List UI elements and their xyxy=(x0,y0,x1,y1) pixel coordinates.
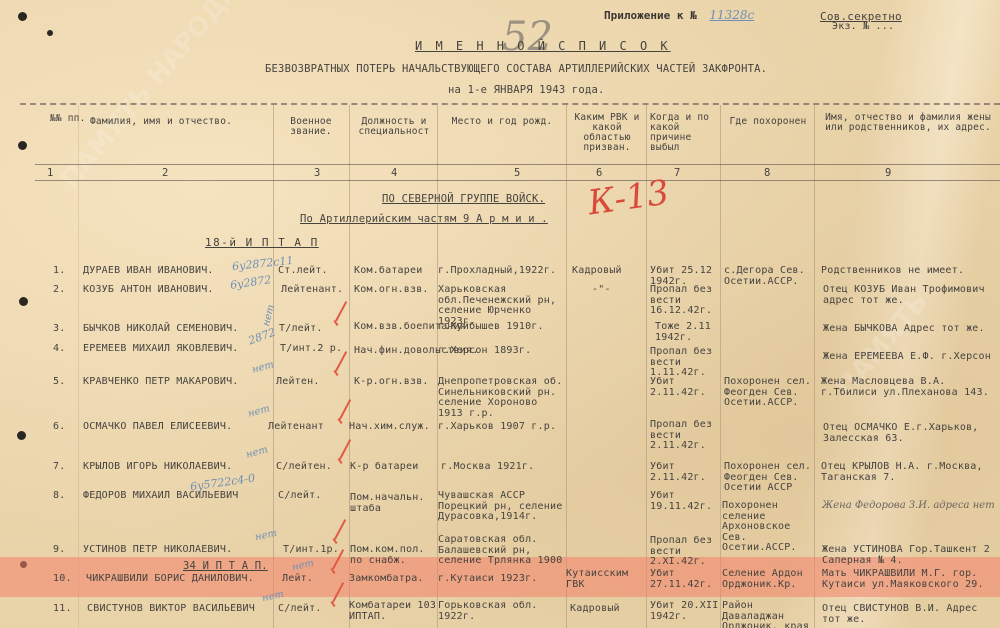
military-rank: С/лейт. xyxy=(278,604,322,615)
copy-number-label: Экз. № ... xyxy=(832,21,894,32)
burial-place: с.Дегора Сев. Осетии.АССР. xyxy=(724,266,814,287)
relatives: Жена ЕРЕМЕЕВА Е.Ф. г.Херсон xyxy=(823,352,991,363)
position: Пом.начальн. штаба xyxy=(350,493,438,514)
col-number: 6 xyxy=(596,167,603,179)
relatives: Мать ЧИКРАШВИЛИ М.Г. гор. Кутаиси ул.Мая… xyxy=(822,569,1000,590)
position: Пом.ком.пол. по снабж. xyxy=(350,545,438,566)
red-check-mark xyxy=(330,593,344,615)
col-header-number: №№ пп. xyxy=(50,114,76,124)
person-name: УСТИНОВ ПЕТР НИКОЛАЕВИЧ. xyxy=(83,545,232,556)
col-number: 2 xyxy=(162,167,169,179)
stamp-prefix: Приложение к № xyxy=(604,9,697,22)
loss-reason: Тоже 2.11 1942г. xyxy=(655,322,719,343)
conscription-office: Кутаисским ГВК xyxy=(566,569,644,590)
handwritten-note: нет xyxy=(251,359,275,375)
position: Ком.батареи xyxy=(354,266,422,277)
military-rank: С/лейт. xyxy=(278,491,322,502)
conscription-office: -"- xyxy=(592,285,611,296)
row-number: 3. xyxy=(53,324,65,335)
person-name: КРЫЛОВ ИГОРЬ НИКОЛАЕВИЧ. xyxy=(83,462,232,473)
burial-place: Похоронен сел. Феогден Сев. Осетии АССР xyxy=(724,462,816,494)
row-number: 9. xyxy=(53,545,65,556)
column-divider xyxy=(78,105,79,628)
military-rank: Лейт. xyxy=(282,574,313,585)
red-check-mark xyxy=(333,312,347,334)
red-check-mark xyxy=(333,362,347,384)
watermark: ПАМЯТЬ НАРОДА xyxy=(55,0,246,194)
burial-place: Похоронен селение Архоновское Сев. Осети… xyxy=(722,501,816,554)
attachment-stamp: Приложение к № 11328с xyxy=(604,8,754,22)
document-date: на 1-е ЯНВАРЯ 1943 года. xyxy=(448,84,605,96)
person-name: КОЗУБ АНТОН ИВАНОВИЧ. xyxy=(83,285,214,296)
birthplace: Саратовская обл. Балашевский рн, селение… xyxy=(438,535,566,567)
row-number: 10. xyxy=(53,574,72,585)
relatives: Отец КОЗУБ Иван Трофимович адрес тот же. xyxy=(823,285,999,306)
loss-reason: Пропал без вести 2.11.42г. xyxy=(650,420,718,452)
col-header-position: Должность и специальност xyxy=(352,117,436,137)
loss-reason: Убит 27.11.42г. xyxy=(650,569,718,590)
loss-reason: Пропал без вести 16.12.42г. xyxy=(650,285,718,317)
relatives: Отец СВИСТУНОВ В.И. Адрес тот же. xyxy=(822,604,1000,625)
document-subtitle: БЕЗВОЗВРАТНЫХ ПОТЕРЬ НАЧАЛЬСТВУЮЩЕГО СОС… xyxy=(265,63,767,75)
birthplace: г.Херсон 1893г. xyxy=(438,346,531,357)
position: Нач.фин.довольствия. xyxy=(354,346,439,357)
army-heading: По Артиллерийским частям 9 А р м и и . xyxy=(300,213,548,225)
header-rule xyxy=(35,180,1000,181)
military-rank: Лейтенант. xyxy=(281,285,343,296)
birthplace: г.Куйбышев 1910г. xyxy=(438,322,544,333)
handwritten-note: нет xyxy=(245,444,269,460)
position: Ком.взв.боепитания xyxy=(354,322,439,333)
red-check-mark xyxy=(337,450,351,472)
position: Комбатареи 103 ИПТАП. xyxy=(349,601,437,622)
loss-reason: Пропал без вести 1.11.42г. xyxy=(650,347,718,379)
position: К-р батареи xyxy=(350,462,418,473)
person-name: КРАВЧЕНКО ПЕТР МАКАРОВИЧ. xyxy=(83,377,239,388)
punch-hole xyxy=(17,431,26,440)
person-name: БЫЧКОВ НИКОЛАЙ СЕМЕНОВИЧ. xyxy=(83,324,239,335)
red-check-mark xyxy=(332,530,346,552)
col-number: 1 xyxy=(47,167,54,179)
position: Нач.хим.служ. xyxy=(349,422,430,433)
col-number: 4 xyxy=(391,167,398,179)
col-number: 7 xyxy=(674,167,681,179)
position: Ком.огн.взв. xyxy=(354,285,429,296)
column-divider xyxy=(566,105,567,628)
military-rank: Ст.лейт. xyxy=(278,266,328,277)
column-divider xyxy=(720,105,721,628)
unit-heading-34-iptap: 34 И П Т А П. xyxy=(183,560,268,572)
handwritten-note: нет xyxy=(254,528,278,543)
person-name: ДУРАЕВ ИВАН ИВАНОВИЧ. xyxy=(83,266,214,277)
person-name: ФЕДОРОВ МИХАИЛ ВАСИЛЬЕВИЧ xyxy=(83,491,239,502)
col-number: 5 xyxy=(514,167,521,179)
row-number: 1. xyxy=(53,266,65,277)
relatives: Родственников не имеет. xyxy=(821,266,964,277)
birthplace: г.Прохладный,1922г. xyxy=(438,266,556,277)
conscription-office: Кадровый xyxy=(572,266,622,277)
person-name: ОСМАЧКО ПАВЕЛ ЕЛИСЕЕВИЧ. xyxy=(83,422,232,433)
handwritten-note: нет xyxy=(261,303,277,327)
col-header-name: Фамилия, имя и отчество. xyxy=(90,117,265,127)
relatives: Жена Федорова З.И. адреса нет xyxy=(822,500,995,511)
relatives: Жена БЫЧКОВА Адрес тот же. xyxy=(823,324,985,335)
unit-heading-18-iptap: 18-й И П Т А П xyxy=(205,236,319,249)
row-number: 6. xyxy=(53,422,65,433)
birthplace: Днепропетровская об. Синельниковский рн.… xyxy=(438,377,563,419)
person-name: ЧИКРАШВИЛИ БОРИС ДАНИЛОВИЧ. xyxy=(86,574,254,585)
punch-hole xyxy=(18,141,27,150)
burial-place: Район Даваладжан Орджоник. края xyxy=(722,601,818,628)
loss-reason: Убит 20.XII 1942г. xyxy=(650,601,722,622)
relatives: Жена УСТИНОВА Гор.Ташкент 2 Саперная № 4… xyxy=(822,545,1000,566)
burial-place: Селение Ардон Орджоник.Кр. xyxy=(722,569,816,590)
archive-document-page: ПАМЯТЬ НАРОДА ПАМЯТЬ Приложение к № 1132… xyxy=(0,0,1000,628)
punch-hole xyxy=(18,12,27,21)
relatives: Отец ОСМАЧКО Е.г.Харьков, Залесская 63. xyxy=(823,423,999,444)
handwritten-note: 6у2872 xyxy=(229,273,272,292)
punch-hole xyxy=(19,297,28,306)
col-number: 9 xyxy=(885,167,892,179)
col-header-burial: Где похоронен xyxy=(724,117,812,127)
col-header-relatives: Имя, отчество и фамилия жены или родстве… xyxy=(820,113,996,133)
military-rank: Т/инт.1р. xyxy=(283,545,339,556)
punch-hole xyxy=(47,30,53,36)
conscription-office: Кадровый xyxy=(570,604,620,615)
person-name: ЕРЕМЕЕВ МИХАИЛ ЯКОВЛЕВИЧ. xyxy=(83,344,239,355)
red-check-mark xyxy=(330,560,344,582)
row-number: 7. xyxy=(53,462,65,473)
birthplace: Чувашская АССР Порецкий рн, селение Дура… xyxy=(438,491,566,523)
position: Замкомбатра. xyxy=(349,574,424,585)
military-rank: Лейтенант xyxy=(268,422,324,433)
col-number: 8 xyxy=(764,167,771,179)
header-rule xyxy=(35,164,1000,165)
birthplace: г.Харьков 1907 г.р. xyxy=(438,422,556,433)
row-number: 2. xyxy=(53,285,65,296)
row-number: 5. xyxy=(53,377,65,388)
row-number: 4. xyxy=(53,344,65,355)
col-header-rank: Военное звание. xyxy=(278,117,344,137)
birthplace: г.Кутаиси 1923г. xyxy=(438,574,538,585)
military-rank: Т/лейт. xyxy=(279,324,323,335)
page-number: 52 xyxy=(502,14,553,60)
row-number: 8. xyxy=(53,491,65,502)
loss-reason: Пропал без вести 2.XI.42г. xyxy=(650,536,718,568)
military-rank: Лейтен. xyxy=(276,377,320,388)
position: К-р.огн.взв. xyxy=(354,377,429,388)
stamp-number: 11328с xyxy=(709,8,754,22)
military-rank: С/лейтен. xyxy=(276,462,332,473)
document-title: И М Е Н Н О Й С П И С О К xyxy=(415,39,671,53)
group-heading: ПО СЕВЕРНОЙ ГРУППЕ ВОЙСК. xyxy=(382,193,545,205)
military-rank: Т/инт.2 р. xyxy=(280,344,342,355)
birthplace: Горьковская обл. 1922г. xyxy=(438,601,563,622)
col-header-birthplace: Место и год рожд. xyxy=(440,117,564,127)
person-name: СВИСТУНОВ ВИКТОР ВАСИЛЬЕВИЧ xyxy=(87,604,255,615)
handwritten-note: нет xyxy=(247,403,271,419)
row-number: 11. xyxy=(53,604,72,615)
loss-reason: Убит 19.11.42г. xyxy=(650,491,718,512)
burial-place: Похоронен сел. Феогден Сев. Осетии.АССР. xyxy=(724,377,816,409)
loss-reason: Убит 2.11.42г. xyxy=(650,462,718,483)
col-header-rvk: Каким РВК и какой областью призван. xyxy=(570,113,644,153)
birthplace: г.Москва 1921г. xyxy=(441,462,534,473)
relatives: Жена Масловцева В.А. г.Тбилиси ул.Плехан… xyxy=(821,377,999,398)
col-header-reason: Когда и по какой причине выбыл xyxy=(650,113,720,153)
relatives: Отец КРЫЛОВ Н.А. г.Москва, Таганская 7. xyxy=(821,462,999,483)
header-divider xyxy=(20,103,1000,105)
loss-reason: Убит 2.11.42г. xyxy=(650,377,718,398)
col-number: 3 xyxy=(314,167,321,179)
